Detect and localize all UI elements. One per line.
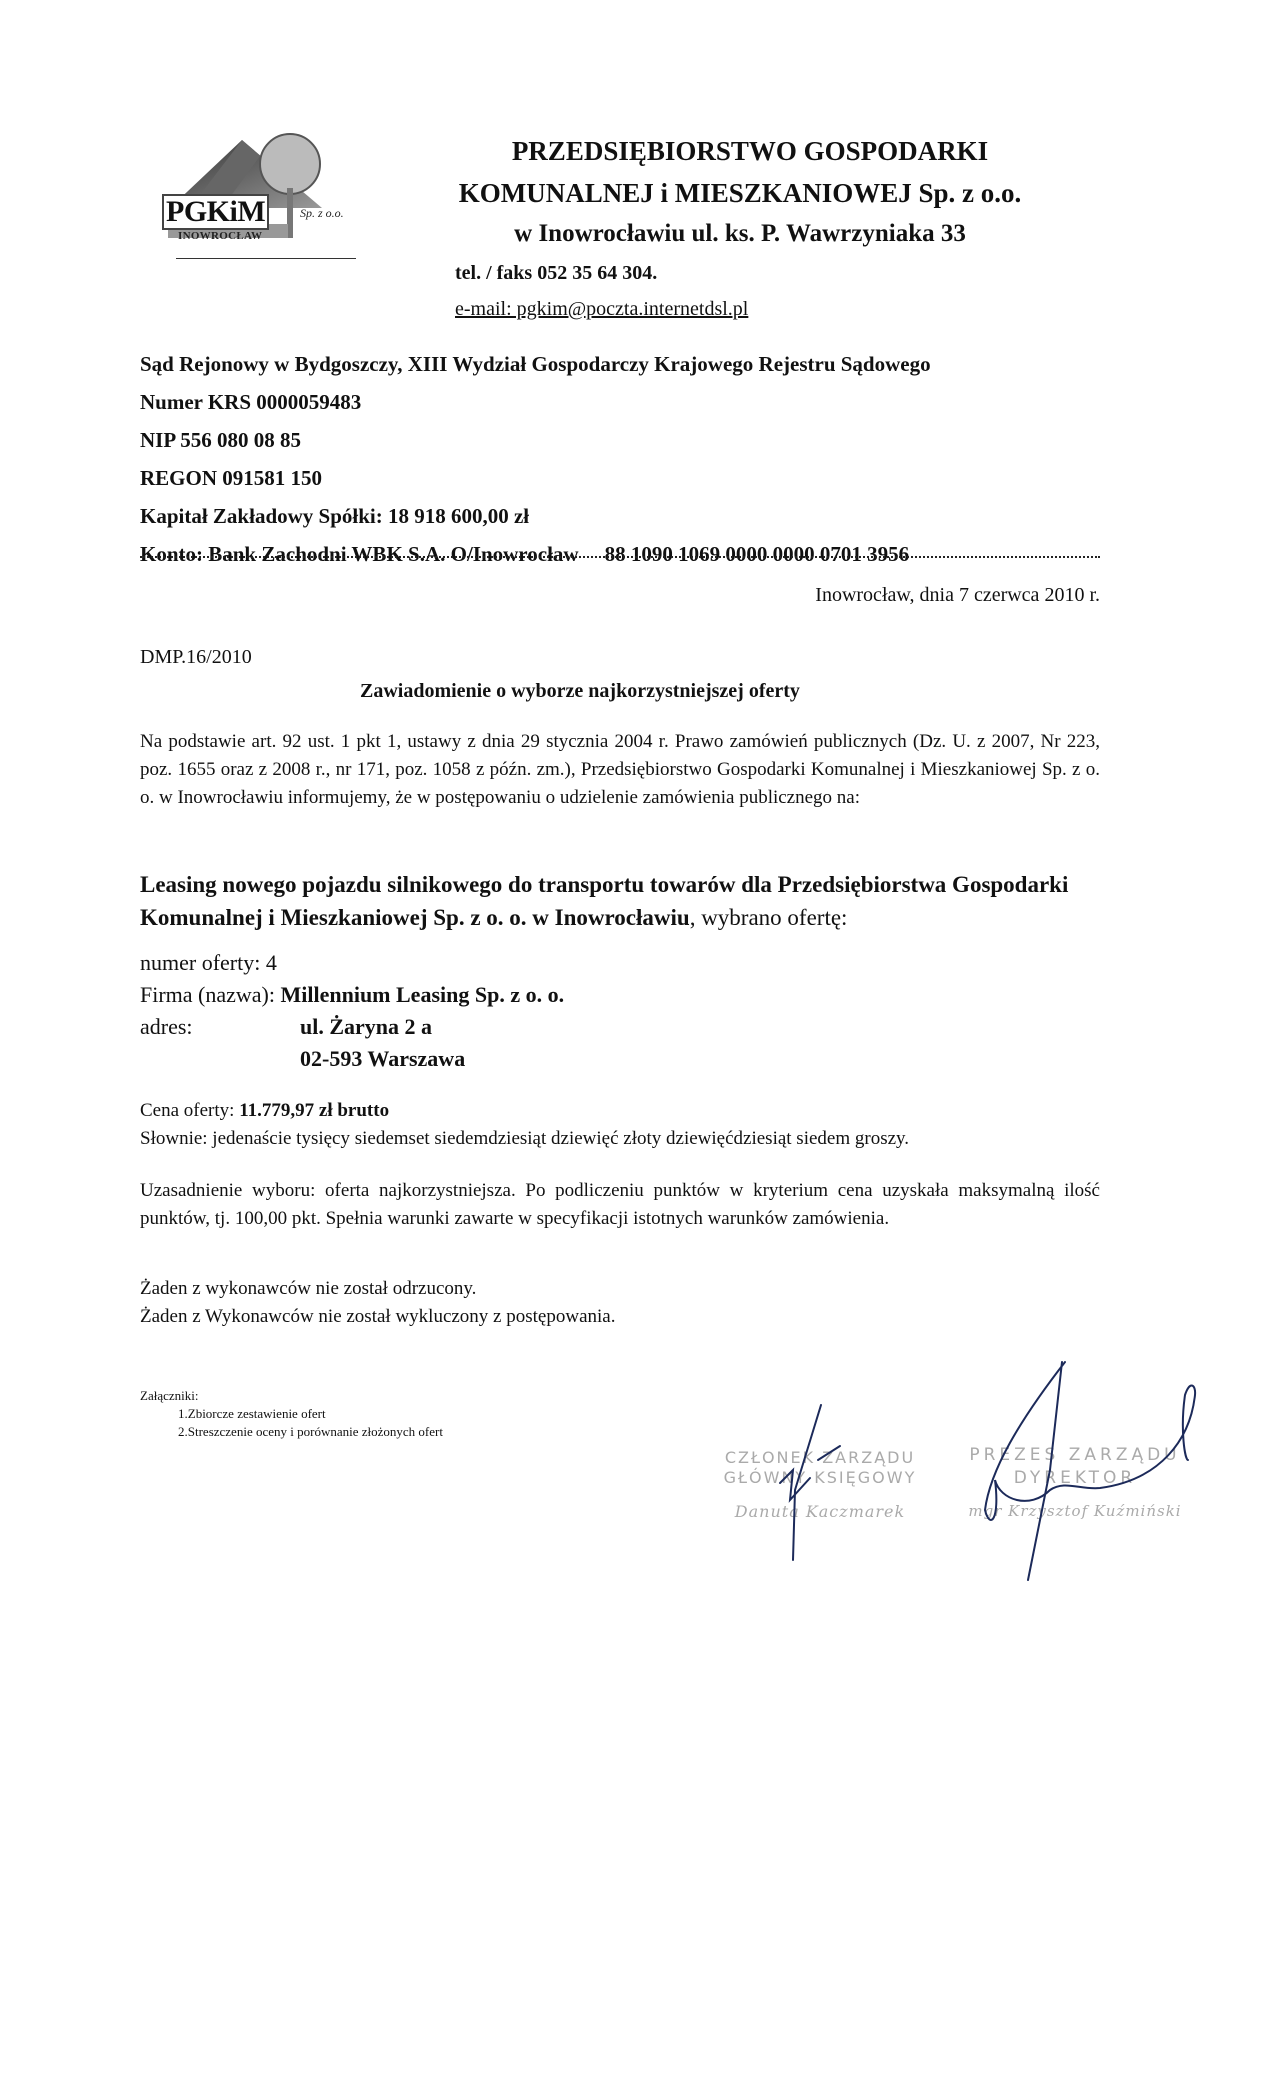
exclusion-note: Żaden z Wykonawców nie został wykluczony… xyxy=(140,1306,615,1328)
registry-court: Sąd Rejonowy w Bydgoszczy, XIII Wydział … xyxy=(140,352,931,377)
offer-price: Cena oferty: 11.779,97 zł brutto xyxy=(140,1100,389,1122)
logo-suffix: Sp. z o.o. xyxy=(300,206,344,221)
price-label: Cena oferty: xyxy=(140,1100,239,1121)
offer-company-label: Firma (nazwa): xyxy=(140,982,281,1007)
company-name-line1: PRZEDSIĘBIORSTWO GOSPODARKI xyxy=(400,136,1100,167)
attachment-item: 2.Streszczenie oceny i porównanie złożon… xyxy=(178,1424,443,1440)
rejection-note: Żaden z wykonawców nie został odrzucony. xyxy=(140,1278,476,1300)
stamp-right-line1: PREZES ZARZĄDU xyxy=(950,1445,1200,1465)
offer-address-label: adres: xyxy=(140,1014,193,1039)
stamp-left-line2: GŁÓWNY KSIĘGOWY xyxy=(700,1468,940,1487)
dotted-separator xyxy=(140,556,1100,558)
company-address: w Inowrocławiu ul. ks. P. Wawrzyniaka 33 xyxy=(420,220,1060,248)
attachment-item: 1.Zbiorcze zestawienie ofert xyxy=(178,1406,326,1422)
intro-paragraph: Na podstawie art. 92 ust. 1 pkt 1, ustaw… xyxy=(140,728,1100,812)
attachments-label: Załączniki: xyxy=(140,1388,198,1404)
account-label: Konto: Bank Zachodni WBK S.A. O/Inowrocł… xyxy=(140,542,579,566)
account-number: 88 1090 1069 0000 0000 0701 3956 xyxy=(605,542,910,567)
company-email-link[interactable]: e-mail: pgkim@poczta.internetdsl.pl xyxy=(455,298,955,321)
document-date: Inowrocław, dnia 7 czerwca 2010 r. xyxy=(815,584,1100,607)
stamp-right-name: mgr Krzysztof Kuźmiński xyxy=(950,1502,1200,1520)
subject-tail: , wybrano ofertę: xyxy=(690,905,848,930)
subject-title: Leasing nowego pojazdu silnikowego do tr… xyxy=(140,872,1068,930)
registry-capital: Kapitał Zakładowy Spółki: 18 918 600,00 … xyxy=(140,504,529,529)
procurement-subject: Leasing nowego pojazdu silnikowego do tr… xyxy=(140,868,1120,934)
price-in-words: Słownie: jedenaście tysięcy siedemset si… xyxy=(140,1128,909,1150)
registry-nip: NIP 556 080 08 85 xyxy=(140,428,301,453)
stamp-left-name: Danuta Kaczmarek xyxy=(700,1502,940,1521)
logo-city: INOWROCŁAW xyxy=(178,230,262,242)
logo-wordmark: PGKiM xyxy=(162,194,269,230)
document-title: Zawiadomienie o wyborze najkorzystniejsz… xyxy=(360,680,800,703)
price-value: 11.779,97 zł brutto xyxy=(239,1100,389,1121)
registry-krs: Numer KRS 0000059483 xyxy=(140,390,361,415)
offer-company-value: Millennium Leasing Sp. z o. o. xyxy=(281,982,565,1007)
offer-address: adres:ul. Żaryna 2 a xyxy=(140,1014,193,1040)
offer-number: numer oferty: 4 xyxy=(140,950,277,976)
stamp-right-line2: DYREKTOR xyxy=(950,1468,1200,1488)
offer-address-line1: ul. Żaryna 2 a xyxy=(300,1014,432,1040)
company-logo: PGKiM Sp. z o.o. INOWROCŁAW xyxy=(150,128,355,256)
offer-address-line2: 02-593 Warszawa xyxy=(300,1046,465,1072)
justification-paragraph: Uzasadnienie wyboru: oferta najkorzystni… xyxy=(140,1177,1100,1233)
registry-account: Konto: Bank Zachodni WBK S.A. O/Inowrocł… xyxy=(140,542,909,567)
stamp-left-line1: CZŁONEK ZARZĄDU xyxy=(700,1448,940,1467)
company-phone: tel. / faks 052 35 64 304. xyxy=(455,262,855,285)
offer-company: Firma (nazwa): Millennium Leasing Sp. z … xyxy=(140,982,564,1008)
company-name-line2: KOMUNALNEJ i MIESZKANIOWEJ Sp. z o.o. xyxy=(400,178,1080,209)
reference-number: DMP.16/2010 xyxy=(140,646,252,669)
logo-underline xyxy=(176,258,356,259)
registry-regon: REGON 091581 150 xyxy=(140,466,322,491)
